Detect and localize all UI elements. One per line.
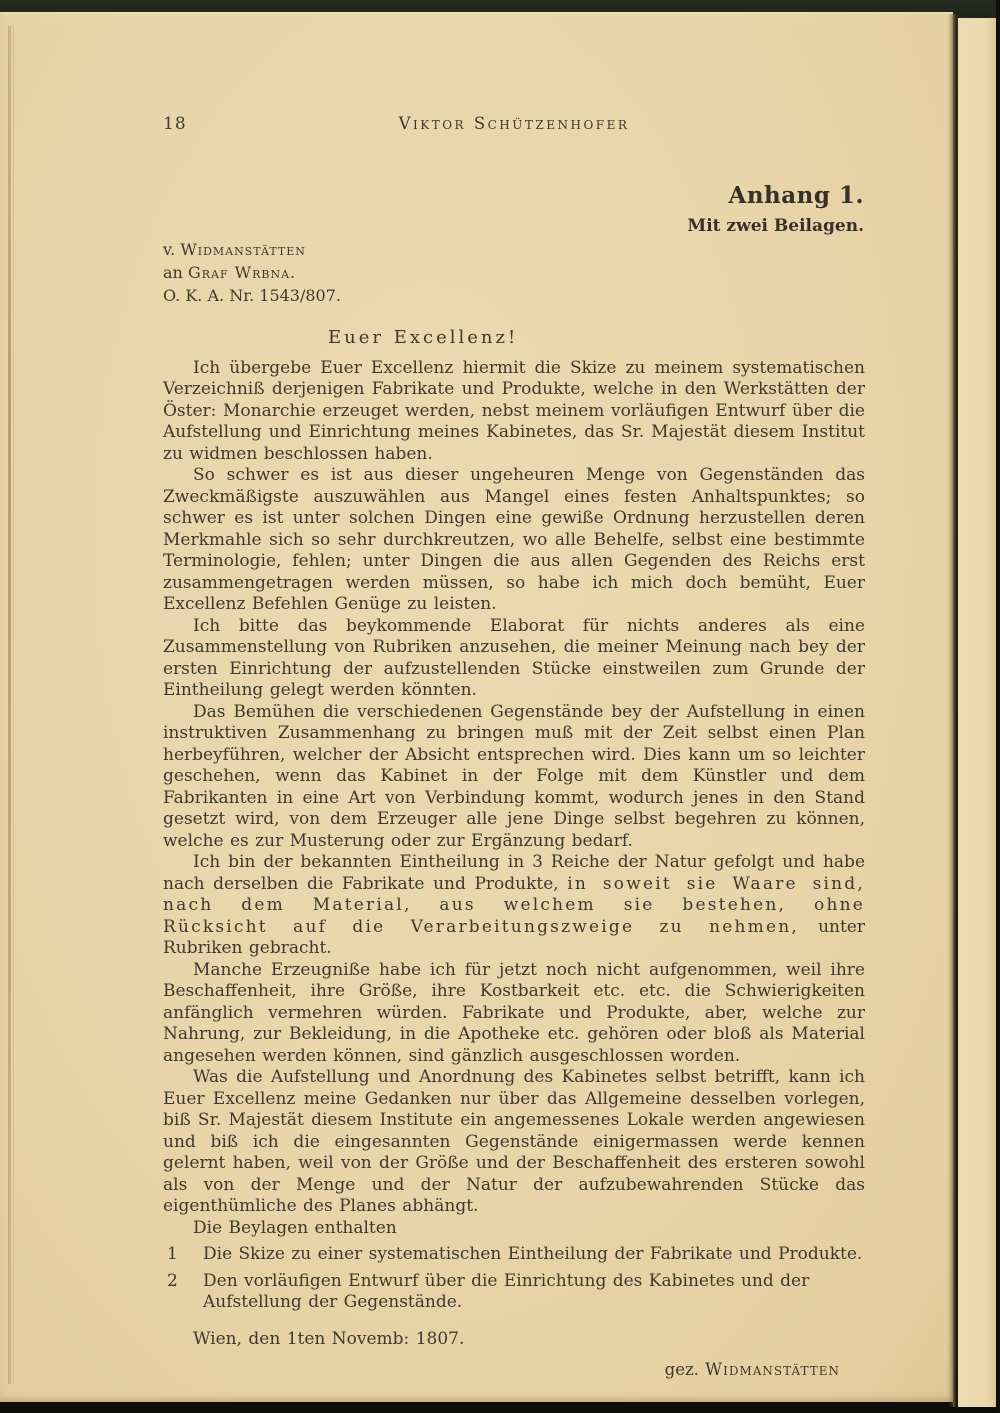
paragraph-5: Ich bin der bekannten Eintheilung in 3 R…: [163, 852, 865, 960]
page-stack-edge-line: [8, 26, 11, 1384]
adjacent-page-edge: [958, 18, 997, 1407]
paragraph-4: Das Bemühen die verschiedenen Gegenständ…: [163, 702, 865, 853]
running-head: Viktor Schützenhofer: [163, 114, 865, 133]
book-cover-edge: [996, 0, 1000, 1413]
recipient-name: Graf Wrbna.: [188, 263, 296, 282]
dateline: Wien, den 1ten Novemb: 1807.: [163, 1329, 865, 1351]
paragraph-7: Was die Aufstellung und Anordnung des Ka…: [163, 1067, 865, 1218]
enclosure-item: 2 Den vorläufigen Entwurf über die Einri…: [163, 1271, 865, 1314]
page-gutter-shadow: [948, 14, 958, 1407]
recipient-line: an Graf Wrbna.: [163, 261, 341, 284]
sender-block: v. Widmanstätten an Graf Wrbna. O. K. A.…: [163, 238, 341, 307]
enclosure-text: Den vorläufigen Entwurf über die Einrich…: [203, 1271, 809, 1313]
paragraph-1: Ich übergebe Euer Excellenz hiermit die …: [163, 358, 865, 466]
appendix-title: Anhang 1.: [687, 182, 864, 209]
signature: gez. Widmanstätten: [163, 1359, 865, 1381]
page-header: 18 Viktor Schützenhofer: [163, 114, 865, 136]
appendix-heading: Anhang 1. Mit zwei Beilagen.: [687, 182, 864, 236]
signature-name: Widmanstätten: [705, 1360, 840, 1379]
letter-body: Euer Excellenz! Ich übergebe Euer Excell…: [163, 327, 865, 1381]
appendix-subtitle: Mit zwei Beilagen.: [687, 216, 864, 236]
enclosure-item: 1 Die Skize zu einer systematischen Eint…: [163, 1244, 865, 1266]
sender-prefix: v.: [163, 240, 180, 259]
paragraph-6: Manche Erzeugniße habe ich für jetzt noc…: [163, 960, 865, 1068]
paragraph-2: So schwer es ist aus dieser ungeheuren M…: [163, 465, 865, 616]
enclosure-number: 2: [167, 1271, 178, 1293]
signature-prefix: gez.: [665, 1360, 706, 1379]
reference-number: O. K. A. Nr. 1543/807.: [163, 284, 341, 307]
page-stack-edge-line: [13, 26, 14, 1386]
enclosure-text: Die Skize zu einer systematischen Einthe…: [203, 1244, 862, 1264]
sender-name-line: v. Widmanstätten: [163, 238, 341, 261]
sender-name: Widmanstätten: [180, 240, 306, 259]
paragraph-3: Ich bitte das beykommende Elaborat für n…: [163, 616, 865, 702]
paragraph-8: Die Beylagen enthalten: [163, 1218, 865, 1240]
salutation: Euer Excellenz!: [328, 327, 865, 349]
book-photo: 18 Viktor Schützenhofer Anhang 1. Mit zw…: [0, 0, 1000, 1413]
recipient-prefix: an: [163, 263, 188, 282]
enclosure-number: 1: [167, 1244, 178, 1266]
book-page: 18 Viktor Schützenhofer Anhang 1. Mit zw…: [0, 12, 953, 1402]
